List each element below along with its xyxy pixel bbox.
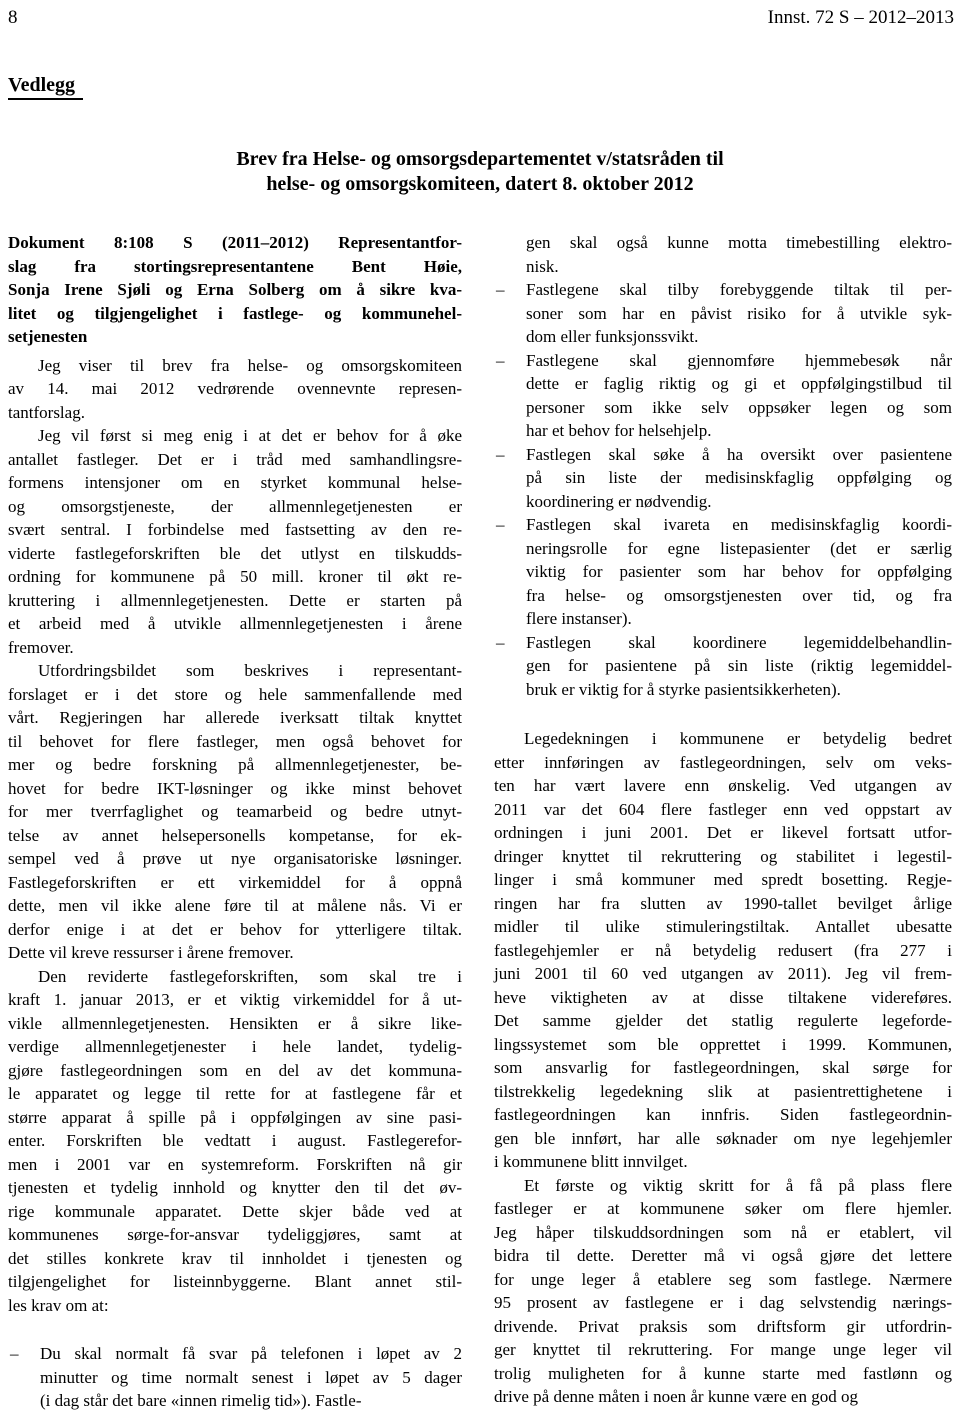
- text-line: rige kommunale apparatet. Dette skjer bå…: [8, 1200, 462, 1224]
- text-line: for mer tverrfaglighet og teamarbeid og …: [8, 800, 462, 824]
- text-line: 95 prosent av fastlegene er i dag selvst…: [494, 1291, 952, 1315]
- text-line: Fastlegene skal tilby forebyggende tilta…: [526, 278, 952, 302]
- paragraph: Jeg vil først si meg enig i at det er be…: [8, 424, 462, 659]
- text-line: heve viktigheten av at disse tiltakene v…: [494, 986, 952, 1010]
- text-line: tilstrekkelig legedekning slik at pasien…: [494, 1080, 952, 1104]
- attachment-heading: Vedlegg: [8, 74, 83, 100]
- text-line: i kommunene blitt innvilget.: [494, 1150, 952, 1174]
- bullet-continuation: gen skal også kunne motta timebestilling…: [494, 231, 952, 278]
- text-line: Det samme gjelder det statlig regulerte …: [494, 1009, 952, 1033]
- text-line: drivende. Privat praksis som driftsform …: [494, 1315, 952, 1339]
- text-line: drive på denne måten i noen år kunne vær…: [494, 1385, 952, 1409]
- text-line: kraft 1. januar 2013, er et viktig virke…: [8, 988, 462, 1012]
- bullet-item: –Fastlegene skal tilby forebyggende tilt…: [494, 278, 952, 349]
- text-line: sempel ved å prøve ut nye organisatorisk…: [8, 847, 462, 871]
- text-line: Sonja Irene Sjøli og Erna Solberg om å s…: [8, 278, 462, 302]
- text-line: gen ble innført, har alle søknader om ny…: [494, 1127, 952, 1151]
- bullet-dash-marker: –: [10, 1342, 19, 1366]
- text-line: hovet for bedre IKT-løsninger og ikke mi…: [8, 777, 462, 801]
- text-line: etter innføringen av fastlegeordningen, …: [494, 751, 952, 775]
- text-line: vårt. Regjeringen har allerede iverksatt…: [8, 706, 462, 730]
- text-line: tjenesten et tydelig innhold og knytter …: [8, 1176, 462, 1200]
- text-line: personer som ikke selv oppsøker legen og…: [526, 396, 952, 420]
- bullet-item: –Fastlegen skal ivareta en medisinskfagl…: [494, 513, 952, 631]
- text-line: dringer knyttet til rekruttering og stab…: [494, 845, 952, 869]
- text-line: formens intensjoner om en styrket kommun…: [8, 471, 462, 495]
- text-line: viktig for pasienter som har behov for o…: [526, 560, 952, 584]
- text-line: større apparat å spille på i oppfølginge…: [8, 1106, 462, 1130]
- text-line: viderte fastlegeforskriften ble det utly…: [8, 542, 462, 566]
- text-line: et arbeid med å utvikle allmennlegetjene…: [8, 612, 462, 636]
- text-line: lingssystemet som ble opprettet i 1999. …: [494, 1033, 952, 1057]
- text-line: bruk er viktig for å styrke pasientsikke…: [526, 678, 952, 702]
- text-line: telse av annet helsepersonells kompetans…: [8, 824, 462, 848]
- text-line: linger i små kommuner med spredt bosetti…: [494, 868, 952, 892]
- letter-title-line2: helse- og omsorgskomiteen, datert 8. okt…: [0, 172, 960, 197]
- text-line: tantforslag.: [8, 401, 462, 425]
- text-line: Et første og viktig skritt for å få på p…: [494, 1174, 952, 1198]
- text-line: enter. Forskriften ble vedtatt i august.…: [8, 1129, 462, 1153]
- bullet-dash-marker: –: [496, 631, 505, 655]
- text-line: Fastlegen skal søke å ha oversikt over p…: [526, 443, 952, 467]
- page-number: 8: [8, 6, 18, 30]
- text-line: kommunenes sørge-for-ansvar tydeliggjøre…: [8, 1223, 462, 1247]
- text-line: soner som har en påvist risiko for å utv…: [526, 302, 952, 326]
- text-line: fremover.: [8, 636, 462, 660]
- text-line: har et behov for helsehjelp.: [526, 419, 952, 443]
- text-line: dette, men vil ikke alene føre til at må…: [8, 894, 462, 918]
- bullet-dash-marker: –: [496, 443, 505, 467]
- text-line: slag fra stortingsrepresentantene Bent H…: [8, 255, 462, 279]
- text-line: Fastlegeforskriften er ett virkemiddel f…: [8, 871, 462, 895]
- document-reference: Innst. 72 S – 2012–2013: [768, 6, 954, 30]
- text-line: på sin liste der medisinskfaglig oppfølg…: [526, 466, 952, 490]
- bullet-item: –Fastlegen skal søke å ha oversikt over …: [494, 443, 952, 514]
- text-line: dom eller funksjonssvikt.: [526, 325, 952, 349]
- text-line: ordningen i juni 2001. Det er likevel fo…: [494, 821, 952, 845]
- text-line: fra helse- og omsorgstjenesten over tid,…: [526, 584, 952, 608]
- text-line: Utfordringsbildet som beskrives i repres…: [8, 659, 462, 683]
- text-line: kruttering i allmennlegetjenesten. Dette…: [8, 589, 462, 613]
- text-line: fastleger er at kommunene søker om flere…: [494, 1197, 952, 1221]
- text-line: til behovet for flere fastleger, men ogs…: [8, 730, 462, 754]
- text-line: flere instanser).: [526, 607, 952, 631]
- text-line: les krav om at:: [8, 1294, 462, 1318]
- text-line: (i dag står det bare «innen rimelig tid»…: [40, 1389, 462, 1413]
- text-line: ten har vært lavere enn ønskelig. Ved ut…: [494, 774, 952, 798]
- text-line: juni 2001 til 60 ved utgangen av 2011). …: [494, 962, 952, 986]
- document-page: { "header": { "page_number": "8", "doc_r…: [0, 0, 960, 1427]
- bullet-item: –Du skal normalt få svar på telefonen i …: [8, 1342, 462, 1413]
- text-line: Jeg håper tilskuddsordningen som nå er e…: [494, 1221, 952, 1245]
- text-line: tilgjengelighet for listeinnbyggerne. Bl…: [8, 1270, 462, 1294]
- text-line: fastlegehjemler er nå betydelig redusert…: [494, 939, 952, 963]
- text-line: antallet fastleger. Det er i tråd med sa…: [8, 448, 462, 472]
- text-line: Den reviderte fastlegeforskriften, som s…: [8, 965, 462, 989]
- bullet-item: –Fastlegene skal gjennomføre hjemmebesøk…: [494, 349, 952, 443]
- text-line: av 14. mai 2012 vedrørende ovennevnte re…: [8, 377, 462, 401]
- bullet-dash-marker: –: [496, 349, 505, 373]
- paragraph: Legedekningen i kommunene er betydelig b…: [494, 727, 952, 1174]
- text-line: gen for pasientene på sin liste (riktig …: [526, 654, 952, 678]
- text-line: mer og bedre forskning på allmennlegetje…: [8, 753, 462, 777]
- text-line: dette er faglig riktig og gi et oppfølgi…: [526, 372, 952, 396]
- text-line: Fastlegene skal gjennomføre hjemmebesøk …: [526, 349, 952, 373]
- text-line: midler til ulike stimuleringstiltak. Ant…: [494, 915, 952, 939]
- text-line: koordinering er nødvendig.: [526, 490, 952, 514]
- paragraph: Et første og viktig skritt for å få på p…: [494, 1174, 952, 1409]
- proposal-heading: Dokument 8:108 S (2011–2012) Representan…: [8, 231, 462, 349]
- text-line: neringsrolle for egne listepasienter (de…: [526, 537, 952, 561]
- text-line: gjøre fastlegeordningen som en del av de…: [8, 1059, 462, 1083]
- text-line: det stilles konkrete krav til innholdet …: [8, 1247, 462, 1271]
- text-line: Jeg viser til brev fra helse- og omsorgs…: [8, 354, 462, 378]
- text-line: derfor enige i at det er behov for ytter…: [8, 918, 462, 942]
- text-line: svært sentral. I forbindelse med fastset…: [8, 518, 462, 542]
- text-line: le apparatet og legge til rette for at f…: [8, 1082, 462, 1106]
- letter-title: Brev fra Helse- og omsorgsdepartementet …: [0, 147, 960, 197]
- bullet-item: –Fastlegen skal koordinere legemiddelbeh…: [494, 631, 952, 702]
- paragraph: Jeg viser til brev fra helse- og omsorgs…: [8, 354, 462, 425]
- bullet-dash-marker: –: [496, 513, 505, 537]
- text-line: Jeg vil først si meg enig i at det er be…: [8, 424, 462, 448]
- text-line: 2011 var det 604 flere fastleger enn ved…: [494, 798, 952, 822]
- text-line: Dette vil kreve ressurser i årene fremov…: [8, 941, 462, 965]
- paragraph: Utfordringsbildet som beskrives i repres…: [8, 659, 462, 965]
- text-line: Du skal normalt få svar på telefonen i l…: [40, 1342, 462, 1366]
- text-line: Fastlegen skal ivareta en medisinskfagli…: [526, 513, 952, 537]
- text-line: som ansvarlig for fastlegeordningen, ska…: [494, 1056, 952, 1080]
- bullet-dash-marker: –: [496, 278, 505, 302]
- text-line: Legedekningen i kommunene er betydelig b…: [494, 727, 952, 751]
- text-line: men i 2001 var en systemreform. Forskrif…: [8, 1153, 462, 1177]
- text-line: verdige allmennlegetjenester i hele land…: [8, 1035, 462, 1059]
- text-line: minutter og time normalt senest i løpet …: [40, 1366, 462, 1390]
- letter-title-line1: Brev fra Helse- og omsorgsdepartementet …: [0, 147, 960, 172]
- text-line: trolig muligheten for å kunne starte med…: [494, 1362, 952, 1386]
- text-line: Dokument 8:108 S (2011–2012) Representan…: [8, 231, 462, 255]
- text-line: ger knyttet til rekruttering. For mange …: [494, 1338, 952, 1362]
- bullet-list: –Fastlegene skal tilby forebyggende tilt…: [494, 278, 952, 701]
- text-line: forslaget er i det store og hele sammenf…: [8, 683, 462, 707]
- paragraph: Den reviderte fastlegeforskriften, som s…: [8, 965, 462, 1318]
- text-line: og omsorgstjeneste, der allmennlegetjene…: [8, 495, 462, 519]
- text-line: gen skal også kunne motta timebestilling…: [526, 231, 952, 255]
- text-line: fastlegeordningen kan innfris. Siden fas…: [494, 1103, 952, 1127]
- text-line: ordning for kommunene på 50 mill. kroner…: [8, 565, 462, 589]
- text-line: for unge leger å etablere seg som fastle…: [494, 1268, 952, 1292]
- text-line: nisk.: [526, 255, 952, 279]
- text-line: setjenesten: [8, 325, 462, 349]
- text-line: Fastlegen skal koordinere legemiddelbeha…: [526, 631, 952, 655]
- text-line: ringen har fra slutten av 1990-tallet be…: [494, 892, 952, 916]
- right-text-column: gen skal også kunne motta timebestilling…: [494, 231, 952, 1409]
- bullet-list: –Du skal normalt få svar på telefonen i …: [8, 1342, 462, 1413]
- left-text-column: Dokument 8:108 S (2011–2012) Representan…: [8, 231, 462, 1413]
- text-line: litet og tilgjengelighet i fastlege- og …: [8, 302, 462, 326]
- text-line: bidra til dette. Deretter må vi også gjø…: [494, 1244, 952, 1268]
- text-line: vikle allmennlegetjenesten. Hensikten er…: [8, 1012, 462, 1036]
